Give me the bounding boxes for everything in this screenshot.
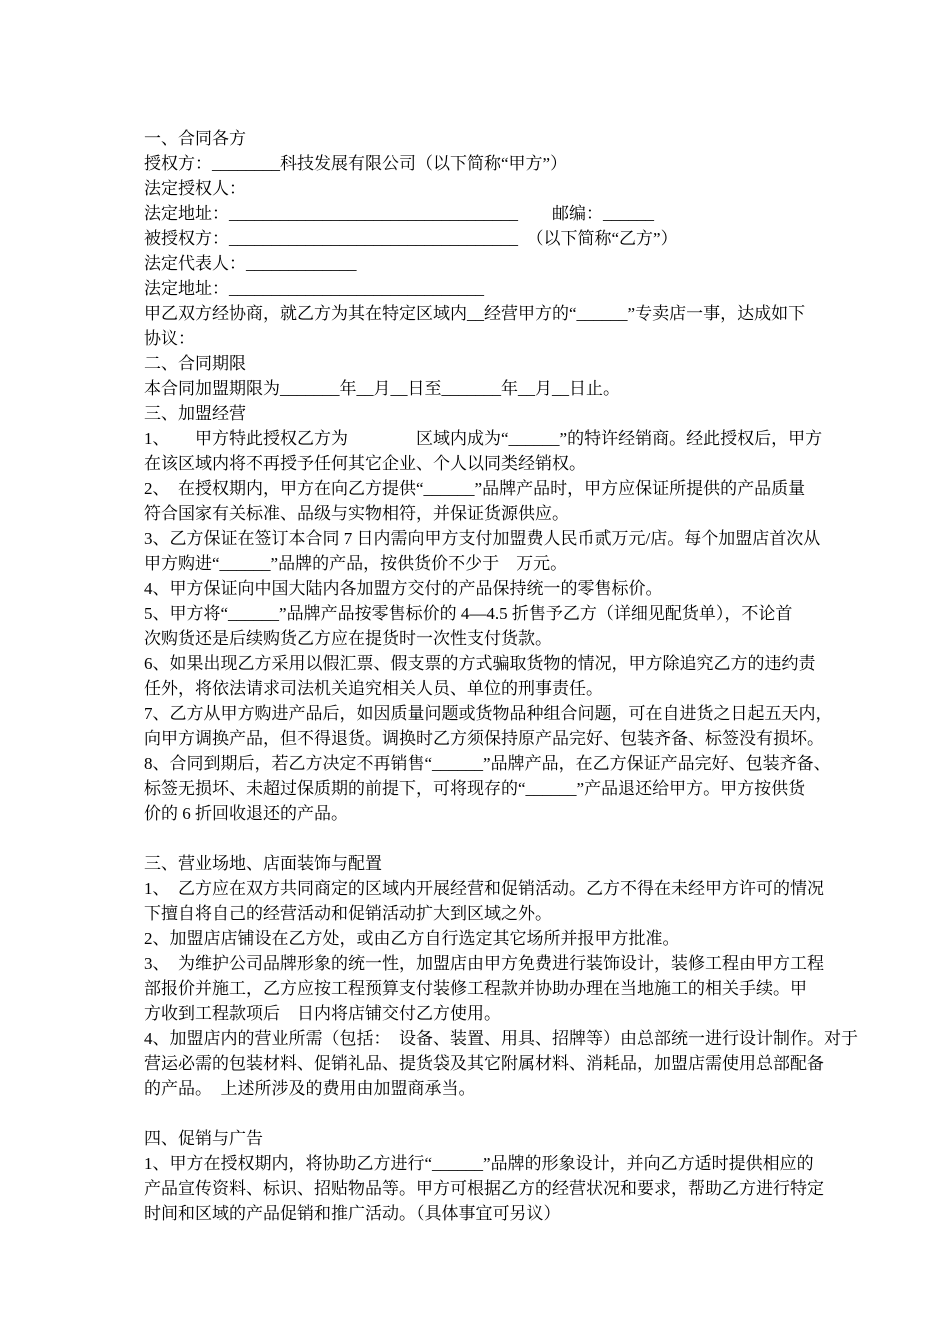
section-heading: 三、营业场地、店面装饰与配置	[144, 851, 844, 876]
section-heading: 二、合同期限	[144, 351, 844, 376]
document-line: 在该区域内将不再授予任何其它企业、个人以同类经销权。	[144, 451, 844, 476]
document-line: 营运必需的包装材料、促销礼品、提货袋及其它附属材料、消耗品，加盟店需使用总部配备	[144, 1051, 844, 1076]
document-line: 1、 乙方应在双方共同商定的区域内开展经营和促销活动。乙方不得在未经甲方许可的情…	[144, 876, 844, 901]
document-line: 3、 为维护公司品牌形象的统一性，加盟店由甲方免费进行装饰设计，装修工程由甲方工…	[144, 951, 844, 976]
document-line: 方收到工程款项后 日内将店铺交付乙方使用。	[144, 1001, 844, 1026]
document-line: 甲乙双方经协商，就乙方为其在特定区域内__经营甲方的“______”专卖店一事，…	[144, 301, 844, 326]
document-line: 2、加盟店店铺设在乙方处，或由乙方自行选定其它场所并报甲方批准。	[144, 926, 844, 951]
document-line: 7、乙方从甲方购进产品后，如因质量问题或货物品种组合问题，可在自进货之日起五天内…	[144, 701, 844, 726]
document-line: 被授权方：__________________________________ …	[144, 226, 844, 251]
document-line: 产品宣传资料、标识、招贴物品等。甲方可根据乙方的经营状况和要求，帮助乙方进行特定	[144, 1176, 844, 1201]
document-line: 2、 在授权期内，甲方在向乙方提供“______”品牌产品时，甲方应保证所提供的…	[144, 476, 844, 501]
document-line: 部报价并施工，乙方应按工程预算支付装修工程款并协助办理在当地施工的相关手续。甲	[144, 976, 844, 1001]
document-line: 法定地址：__________________________________ …	[144, 201, 844, 226]
document-line: 任外，将依法请求司法机关追究相关人员、单位的刑事责任。	[144, 676, 844, 701]
document-line: 本合同加盟期限为_______年__月__日至_______年__月__日止。	[144, 376, 844, 401]
document-line: 1、甲方在授权期内，将协助乙方进行“______”品牌的形象设计，并向乙方适时提…	[144, 1151, 844, 1176]
contract-document: 一、合同各方授权方：________科技发展有限公司（以下简称“甲方”）法定授权…	[144, 126, 844, 1226]
document-line: 1、 甲方特此授权乙方为 区域内成为“______”的特许经销商。经此授权后，甲…	[144, 426, 844, 451]
document-line: 次购货还是后续购货乙方应在提货时一次性支付货款。	[144, 626, 844, 651]
document-line: 的产品。 上述所涉及的费用由加盟商承当。	[144, 1076, 844, 1101]
document-line: 4、加盟店内的营业所需（包括： 设备、装置、用具、招牌等）由总部统一进行设计制作…	[144, 1026, 844, 1051]
document-line: 协议：	[144, 326, 844, 351]
section-heading: 三、加盟经营	[144, 401, 844, 426]
document-line: 法定授权人：	[144, 176, 844, 201]
document-line: 授权方：________科技发展有限公司（以下简称“甲方”）	[144, 151, 844, 176]
document-line: 6、如果出现乙方采用以假汇票、假支票的方式骗取货物的情况，甲方除追究乙方的违约责	[144, 651, 844, 676]
document-line: 8、合同到期后，若乙方决定不再销售“______”品牌产品，在乙方保证产品完好、…	[144, 751, 844, 776]
document-line: 3、乙方保证在签订本合同 7 日内需向甲方支付加盟费人民币贰万元/店。每个加盟店…	[144, 526, 844, 551]
document-line: 法定地址：______________________________	[144, 276, 844, 301]
document-line: 时间和区域的产品促销和推广活动。（具体事宜可另议）	[144, 1201, 844, 1226]
document-line: 下擅自将自己的经营活动和促销活动扩大到区域之外。	[144, 901, 844, 926]
document-line: 标签无损坏、未超过保质期的前提下，可将现存的“______”产品退还给甲方。甲方…	[144, 776, 844, 801]
blank-line	[144, 1101, 844, 1126]
document-line: 符合国家有关标准、品级与实物相符，并保证货源供应。	[144, 501, 844, 526]
contract-page: 一、合同各方授权方：________科技发展有限公司（以下简称“甲方”）法定授权…	[0, 0, 950, 1344]
section-heading: 一、合同各方	[144, 126, 844, 151]
document-line: 价的 6 折回收退还的产品。	[144, 801, 844, 826]
document-line: 5、甲方将“______”品牌产品按零售标价的 4—4.5 折售予乙方（详细见配…	[144, 601, 844, 626]
document-line: 4、甲方保证向中国大陆内各加盟方交付的产品保持统一的零售标价。	[144, 576, 844, 601]
document-line: 向甲方调换产品，但不得退货。调换时乙方须保持原产品完好、包装齐备、标签没有损坏。	[144, 726, 844, 751]
section-heading: 四、促销与广告	[144, 1126, 844, 1151]
document-line: 甲方购进“______”品牌的产品，按供货价不少于 万元。	[144, 551, 844, 576]
document-line: 法定代表人：_____________	[144, 251, 844, 276]
blank-line	[144, 826, 844, 851]
